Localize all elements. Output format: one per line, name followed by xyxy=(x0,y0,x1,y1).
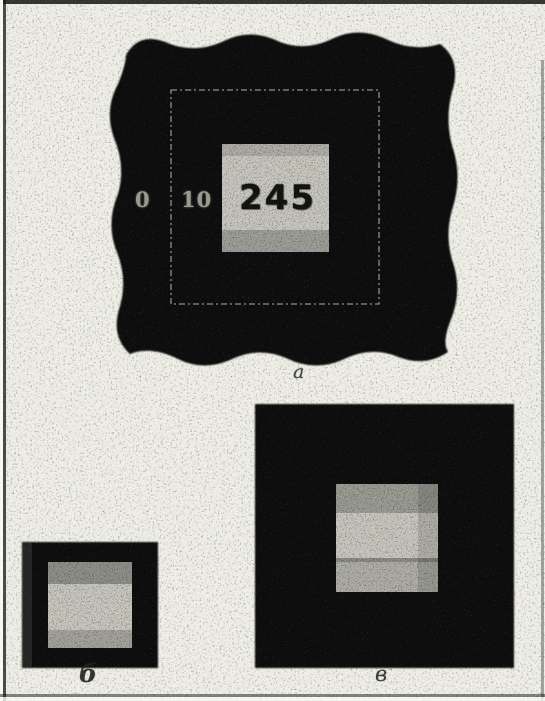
top-panel-reading-ring: 10 xyxy=(181,187,212,212)
dust-overlay xyxy=(0,0,545,701)
figure-artwork xyxy=(0,0,545,701)
scanned-figure-page: 0 10 245 а б в xyxy=(0,0,545,701)
top-panel-reading-outer: 0 xyxy=(135,187,151,212)
top-panel-label: а xyxy=(293,361,304,383)
bottom-right-panel-label: в xyxy=(375,662,387,686)
top-panel-reading-center: 245 xyxy=(239,178,316,218)
bottom-left-panel-label: б xyxy=(79,659,97,688)
